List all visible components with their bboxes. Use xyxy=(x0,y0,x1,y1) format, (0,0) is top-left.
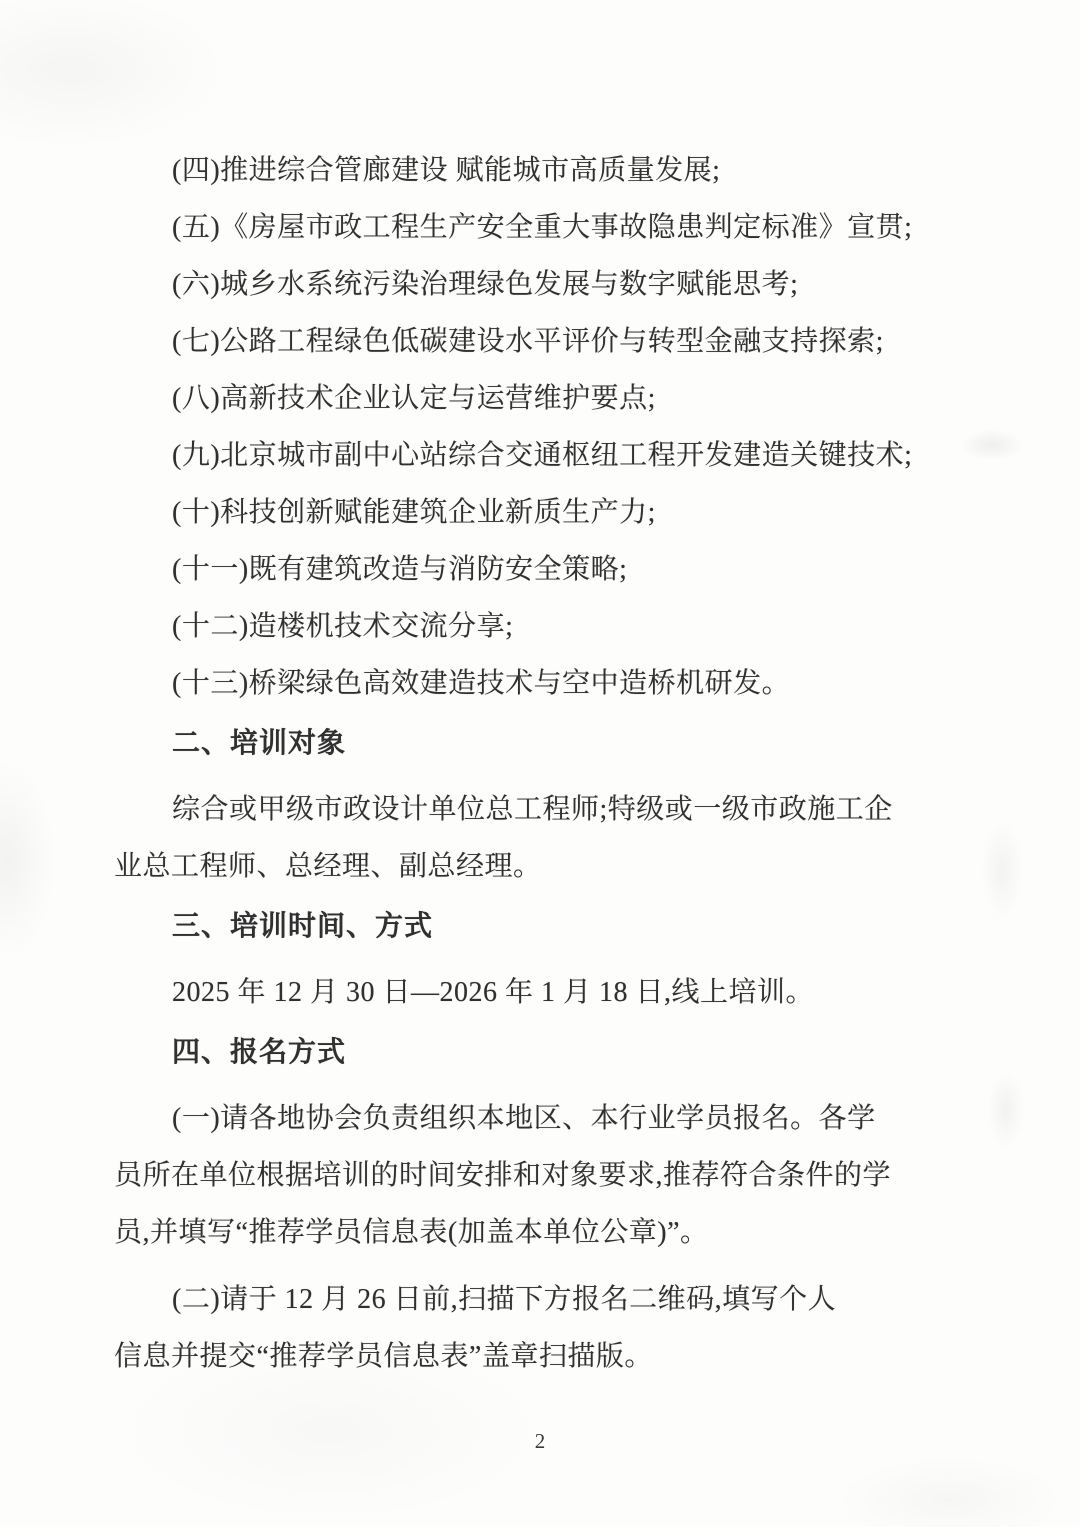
paragraph-line: (二)请于 12 月 26 日前,扫描下方报名二维码,填写个人 xyxy=(114,1271,974,1328)
list-item: (十三)桥梁绿色高效建造技术与空中造桥机研发。 xyxy=(114,655,974,712)
list-item: (十一)既有建筑改造与消防安全策略; xyxy=(114,541,974,598)
list-item: (六)城乡水系统污染治理绿色发展与数字赋能思考; xyxy=(114,256,974,313)
paragraph-line: 2025 年 12 月 30 日—2026 年 1 月 18 日,线上培训。 xyxy=(114,964,974,1021)
list-item: (四)推进综合管廊建设 赋能城市高质量发展; xyxy=(114,142,974,199)
paragraph-line: (一)请各地协会负责组织本地区、本行业学员报名。各学 xyxy=(114,1090,974,1147)
paragraph-line: 综合或甲级市政设计单位总工程师;特级或一级市政施工企 xyxy=(114,781,974,838)
section-heading: 二、培训对象 xyxy=(114,714,974,771)
list-item: (八)高新技术企业认定与运营维护要点; xyxy=(114,370,974,427)
paragraph-line: 业总工程师、总经理、副总经理。 xyxy=(114,838,974,895)
document-page: (四)推进综合管廊建设 赋能城市高质量发展;(五)《房屋市政工程生产安全重大事故… xyxy=(0,0,1080,1527)
list-item: (七)公路工程绿色低碳建设水平评价与转型金融支持探索; xyxy=(114,313,974,370)
paragraph-line: 员,并填写“推荐学员信息表(加盖本单位公章)”。 xyxy=(114,1204,974,1261)
section-heading: 四、报名方式 xyxy=(114,1023,974,1080)
list-item: (十二)造楼机技术交流分享; xyxy=(114,598,974,655)
list-item: (十)科技创新赋能建筑企业新质生产力; xyxy=(114,484,974,541)
section-heading: 三、培训时间、方式 xyxy=(114,897,974,954)
page-number: 2 xyxy=(0,1426,1080,1456)
document-body: (四)推进综合管廊建设 赋能城市高质量发展;(五)《房屋市政工程生产安全重大事故… xyxy=(114,142,974,1385)
paragraph-line: 员所在单位根据培训的时间安排和对象要求,推荐符合条件的学 xyxy=(114,1147,974,1204)
list-item: (九)北京城市副中心站综合交通枢纽工程开发建造关键技术; xyxy=(114,427,974,484)
list-item: (五)《房屋市政工程生产安全重大事故隐患判定标准》宣贯; xyxy=(114,199,974,256)
paragraph-line: 信息并提交“推荐学员信息表”盖章扫描版。 xyxy=(114,1328,974,1385)
